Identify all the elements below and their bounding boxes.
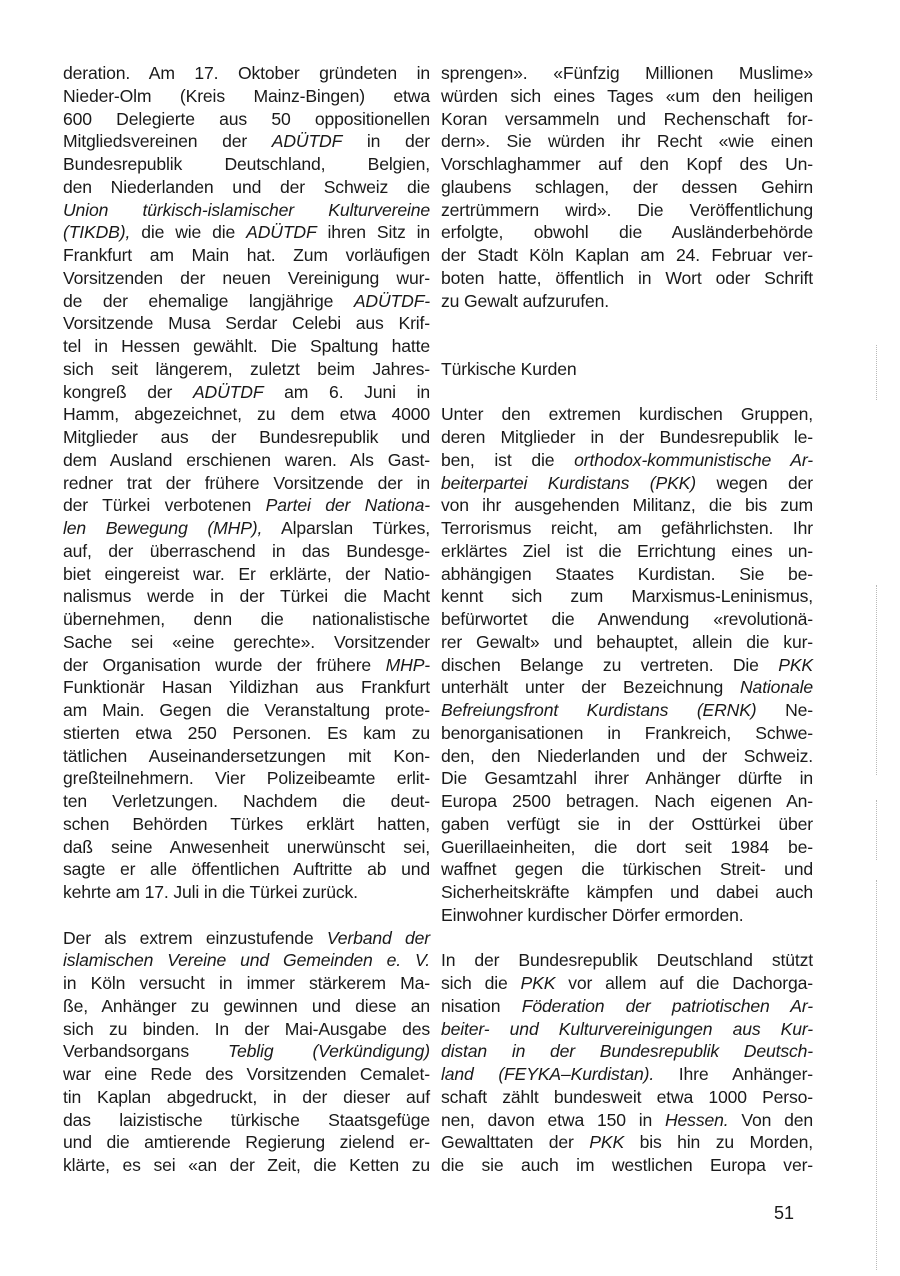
text-segment: Sache sei «eine gerechte». Vorsitzender: [63, 632, 430, 652]
paragraph-gap: [441, 381, 813, 404]
paragraph: Der als extrem einzustufende Verband der…: [63, 927, 430, 1177]
italic-text: Hessen.: [665, 1110, 729, 1130]
paragraph-gap: [441, 927, 813, 950]
text-line: nen, davon etwa 150 in Hessen. Von den: [441, 1109, 813, 1132]
text-line: klärte, es sei «an der Zeit, die Ketten …: [63, 1154, 430, 1177]
italic-text: ADÜTDF: [246, 222, 316, 242]
text-line: tin Kaplan abgedruckt, in der dieser auf: [63, 1086, 430, 1109]
text-line: kennt sich zum Marxismus-Leninismus,: [441, 585, 813, 608]
text-segment: Ne-: [757, 700, 813, 720]
italic-text: PKK: [521, 973, 556, 993]
text-segment: daß seine Anwesenheit unerwünscht sei,: [63, 837, 430, 857]
text-segment: ten Verletzungen. Nachdem die deut-: [63, 791, 430, 811]
text-line: islamischen Vereine und Gemeinden e. V.: [63, 949, 430, 972]
paragraph-gap: [63, 904, 430, 927]
text-line: rer Gewalt» und behauptet, allein die ku…: [441, 631, 813, 654]
scan-edge-artifact: [876, 585, 877, 775]
text-line: übernehmen, denn die nationalistische: [63, 608, 430, 631]
text-segment: Guerillaeinheiten, die dort seit 1984 be…: [441, 837, 813, 857]
text-segment: boten hatte, öffentlich in Wort oder Sch…: [441, 268, 813, 288]
text-segment: sich zu binden. In der Mai-Ausgabe des: [63, 1019, 430, 1039]
text-segment: Terrorismus reicht, am gefährlichsten. I…: [441, 518, 813, 538]
text-segment: nisation: [441, 996, 522, 1016]
paragraph: sprengen». «Fünfzig Millionen Muslime»wü…: [441, 62, 813, 312]
text-line: unterhält unter der Bezeichnung National…: [441, 676, 813, 699]
text-line: Der als extrem einzustufende Verband der: [63, 927, 430, 950]
italic-text: (TIKDB),: [63, 222, 130, 242]
text-segment: am 6. Juni in: [263, 382, 430, 402]
text-segment: Der als extrem einzustufende: [63, 928, 327, 948]
text-line: distan in der Bundesrepublik Deutsch-: [441, 1040, 813, 1063]
text-line: am Main. Gegen die Veranstaltung prote-: [63, 699, 430, 722]
text-segment: in Köln versucht in immer stärkerem Ma-: [63, 973, 430, 993]
text-segment: in der: [342, 131, 430, 151]
text-segment: Mitglieder aus der Bundesrepublik und: [63, 427, 430, 447]
text-segment: das laizistische türkische Staatsgefüge: [63, 1110, 430, 1130]
text-line: redner trat der frühere Vorsitzende der …: [63, 472, 430, 495]
text-line: sich die PKK vor allem auf die Dachorga-: [441, 972, 813, 995]
text-segment: biet eingereist war. Er erklärte, der Na…: [63, 564, 430, 584]
text-line: 600 Delegierte aus 50 oppositionellen: [63, 108, 430, 131]
text-segment: auf, der überraschend in das Bundesge-: [63, 541, 430, 561]
text-line: boten hatte, öffentlich in Wort oder Sch…: [441, 267, 813, 290]
text-segment: Gewalttaten der: [441, 1132, 589, 1152]
text-segment: Nieder-Olm (Kreis Mainz-Bingen) etwa: [63, 86, 430, 106]
text-line: benorganisationen in Frankreich, Schwe-: [441, 722, 813, 745]
italic-text: Föderation der patriotischen Ar-: [522, 996, 813, 1016]
section-heading: Türkische Kurden: [441, 358, 813, 381]
text-line: würden sich eines Tages «um den heiligen: [441, 85, 813, 108]
text-line: waffnet gegen die türkischen Streit- und: [441, 858, 813, 881]
text-segment: greßteilnehmern. Vier Polizeibeamte erli…: [63, 768, 430, 788]
text-line: kongreß der ADÜTDF am 6. Juni in: [63, 381, 430, 404]
text-segment: Funktionär Hasan Yildizhan aus Frankfurt: [63, 677, 430, 697]
text-segment: Frankfurt am Main hat. Zum vorläufigen: [63, 245, 430, 265]
text-line: der Türkei verbotenen Partei der Nationa…: [63, 494, 430, 517]
text-segment: gaben verfügt sie in der Osttürkei über: [441, 814, 813, 834]
text-line: Bundesrepublik Deutschland, Belgien,: [63, 153, 430, 176]
text-segment: dem Ausland erschienen waren. Als Gast-: [63, 450, 430, 470]
text-segment: stierten etwa 250 Personen. Es kam zu: [63, 723, 430, 743]
text-segment: waffnet gegen die türkischen Streit- und: [441, 859, 813, 879]
text-segment: Ihre Anhänger-: [654, 1064, 813, 1084]
text-line: deren Mitglieder in der Bundesrepublik l…: [441, 426, 813, 449]
text-segment: am Main. Gegen die Veranstaltung prote-: [63, 700, 430, 720]
text-line: war eine Rede des Vorsitzenden Cemalet-: [63, 1063, 430, 1086]
text-line: Nieder-Olm (Kreis Mainz-Bingen) etwa: [63, 85, 430, 108]
text-line: Guerillaeinheiten, die dort seit 1984 be…: [441, 836, 813, 859]
text-segment: sich seit längerem, zuletzt beim Jahres-: [63, 359, 430, 379]
text-segment: tin Kaplan abgedruckt, in der dieser auf: [63, 1087, 430, 1107]
text-segment: kehrte am 17. Juli in die Türkei zurück.: [63, 882, 358, 902]
text-line: erfolgte, obwohl die Ausländerbehörde: [441, 221, 813, 244]
text-segment: schen Behörden Türkes erklärt hatten,: [63, 814, 430, 834]
text-segment: Einwohner kurdischer Dörfer ermorden.: [441, 905, 743, 925]
text-line: de der ehemalige langjährige ADÜTDF-: [63, 290, 430, 313]
paragraph: In der Bundesrepublik Deutschland stützt…: [441, 949, 813, 1177]
text-line: deration. Am 17. Oktober gründeten in: [63, 62, 430, 85]
text-line: schaft zählt bundesweit etwa 1000 Perso-: [441, 1086, 813, 1109]
text-segment: bis hin zu Morden,: [624, 1132, 813, 1152]
text-line: befürwortet die Anwendung «revolutionä-: [441, 608, 813, 631]
text-segment: wegen der: [696, 473, 813, 493]
text-line: Befreiungsfront Kurdistans (ERNK) Ne-: [441, 699, 813, 722]
text-segment: nalismus werde in der Türkei die Macht: [63, 586, 430, 606]
text-line: die sie auch im westlichen Europa ver-: [441, 1154, 813, 1177]
text-segment: erklärtes Ziel ist die Errichtung eines …: [441, 541, 813, 561]
italic-text: Nationale: [740, 677, 813, 697]
text-line: Die Gesamtzahl ihrer Anhänger dürfte in: [441, 767, 813, 790]
italic-text: Partei der Nationa-: [266, 495, 430, 515]
text-line: dem Ausland erschienen waren. Als Gast-: [63, 449, 430, 472]
text-segment: abhängigen Staates Kurdistan. Sie be-: [441, 564, 813, 584]
text-line: der Organisation wurde der frühere MHP-: [63, 654, 430, 677]
text-segment: In der Bundesrepublik Deutschland stützt: [441, 950, 813, 970]
text-line: von ihr ausgehenden Militanz, die bis zu…: [441, 494, 813, 517]
text-line: biet eingereist war. Er erklärte, der Na…: [63, 563, 430, 586]
text-segment: dischen Belange zu vertreten. Die: [441, 655, 778, 675]
text-line: Mitgliedsvereinen der ADÜTDF in der: [63, 130, 430, 153]
text-segment: deration. Am 17. Oktober gründeten in: [63, 63, 430, 83]
text-line: zu Gewalt aufzurufen.: [441, 290, 813, 313]
text-segment: Von den: [728, 1110, 813, 1130]
text-line: ben, ist die orthodox-kommunistische Ar-: [441, 449, 813, 472]
text-segment: zu Gewalt aufzurufen.: [441, 291, 609, 311]
text-line: Funktionär Hasan Yildizhan aus Frankfurt: [63, 676, 430, 699]
italic-text: PKK: [778, 655, 813, 675]
italic-text: ADÜTDF: [272, 131, 342, 151]
text-segment: Sicherheitskräfte kämpfen und dabei auch: [441, 882, 813, 902]
text-segment: klärte, es sei «an der Zeit, die Ketten …: [63, 1155, 430, 1175]
scan-edge-artifact: [876, 345, 877, 400]
text-segment: der Stadt Köln Kaplan am 24. Februar ver…: [441, 245, 813, 265]
text-segment: schaft zählt bundesweit etwa 1000 Perso-: [441, 1087, 813, 1107]
italic-text: distan in der Bundesrepublik Deutsch-: [441, 1041, 813, 1061]
text-segment: tätlichen Auseinandersetzungen mit Kon-: [63, 746, 430, 766]
text-segment: Unter den extremen kurdischen Gruppen,: [441, 404, 813, 424]
text-line: Gewalttaten der PKK bis hin zu Morden,: [441, 1131, 813, 1154]
text-segment: Vorsitzenden der neuen Vereinigung wur-: [63, 268, 430, 288]
text-line: ten Verletzungen. Nachdem die deut-: [63, 790, 430, 813]
text-segment: Hamm, abgezeichnet, zu dem etwa 4000: [63, 404, 430, 424]
text-segment: war eine Rede des Vorsitzenden Cemalet-: [63, 1064, 430, 1084]
text-line: ße, Anhänger zu gewinnen und diese an: [63, 995, 430, 1018]
text-line: dischen Belange zu vertreten. Die PKK: [441, 654, 813, 677]
scan-edge-artifact: [876, 800, 877, 860]
text-segment: glaubens schlagen, der dessen Gehirn: [441, 177, 813, 197]
text-segment: sich die: [441, 973, 521, 993]
text-line: schen Behörden Türkes erklärt hatten,: [63, 813, 430, 836]
text-line: und die amtierende Regierung zielend er-: [63, 1131, 430, 1154]
text-segment: der Organisation wurde der frühere: [63, 655, 386, 675]
text-segment: vor allem auf die Dachorga-: [555, 973, 813, 993]
text-line: beiter- und Kulturvereinigungen aus Kur-: [441, 1018, 813, 1041]
text-line: Europa 2500 betragen. Nach eigenen An-: [441, 790, 813, 813]
text-line: Vorsitzenden der neuen Vereinigung wur-: [63, 267, 430, 290]
text-segment: rer Gewalt» und behauptet, allein die ku…: [441, 632, 813, 652]
text-line: in Köln versucht in immer stärkerem Ma-: [63, 972, 430, 995]
left-column: deration. Am 17. Oktober gründeten inNie…: [63, 62, 430, 1177]
text-segment: kennt sich zum Marxismus-Leninismus,: [441, 586, 813, 606]
italic-text: islamischen Vereine und Gemeinden e. V.: [63, 950, 430, 970]
text-line: das laizistische türkische Staatsgefüge: [63, 1109, 430, 1132]
italic-text: len Bewegung (MHP),: [63, 518, 262, 538]
italic-text: MHP-: [386, 655, 430, 675]
text-segment: befürwortet die Anwendung «revolutionä-: [441, 609, 813, 629]
text-segment: Verbandsorgans: [63, 1041, 228, 1061]
text-line: glaubens schlagen, der dessen Gehirn: [441, 176, 813, 199]
text-line: Vorschlaghammer auf den Kopf des Un-: [441, 153, 813, 176]
text-line: Frankfurt am Main hat. Zum vorläufigen: [63, 244, 430, 267]
text-line: tätlichen Auseinandersetzungen mit Kon-: [63, 745, 430, 768]
text-segment: zertrümmern wird». Die Veröffentlichung: [441, 200, 813, 220]
paragraph-gap: [441, 312, 813, 358]
text-segment: benorganisationen in Frankreich, Schwe-: [441, 723, 813, 743]
text-line: abhängigen Staates Kurdistan. Sie be-: [441, 563, 813, 586]
text-line: daß seine Anwesenheit unerwünscht sei,: [63, 836, 430, 859]
text-segment: kongreß der: [63, 382, 193, 402]
text-segment: redner trat der frühere Vorsitzende der …: [63, 473, 430, 493]
text-segment: Die Gesamtzahl ihrer Anhänger dürfte in: [441, 768, 813, 788]
text-segment: nen, davon etwa 150 in: [441, 1110, 665, 1130]
text-segment: ihren Sitz in: [317, 222, 430, 242]
text-line: greßteilnehmern. Vier Polizeibeamte erli…: [63, 767, 430, 790]
text-line: den Niederlanden und der Schweiz die: [63, 176, 430, 199]
text-segment: der Türkei verbotenen: [63, 495, 266, 515]
text-segment: Vorsitzende Musa Serdar Celebi aus Krif-: [63, 313, 430, 333]
text-line: sich seit längerem, zuletzt beim Jahres-: [63, 358, 430, 381]
italic-text: Befreiungsfront Kurdistans (ERNK): [441, 700, 757, 720]
text-line: (TIKDB), die wie die ADÜTDF ihren Sitz i…: [63, 221, 430, 244]
italic-text: PKK: [589, 1132, 624, 1152]
italic-text: ADÜTDF: [193, 382, 263, 402]
text-line: kehrte am 17. Juli in die Türkei zurück.: [63, 881, 430, 904]
text-segment: sprengen». «Fünfzig Millionen Muslime»: [441, 63, 813, 83]
text-line: Einwohner kurdischer Dörfer ermorden.: [441, 904, 813, 927]
text-segment: de der ehemalige langjährige: [63, 291, 354, 311]
italic-text: ADÜTDF-: [354, 291, 430, 311]
text-segment: die wie die: [130, 222, 246, 242]
italic-text: Union türkisch-islamischer Kulturvereine: [63, 200, 430, 220]
text-line: Sicherheitskräfte kämpfen und dabei auch: [441, 881, 813, 904]
text-segment: Koran versammeln und Rechenschaft for-: [441, 109, 813, 129]
text-line: Terrorismus reicht, am gefährlichsten. I…: [441, 517, 813, 540]
text-segment: Europa 2500 betragen. Nach eigenen An-: [441, 791, 813, 811]
scan-edge-artifact: [876, 880, 877, 1270]
text-line: Koran versammeln und Rechenschaft for-: [441, 108, 813, 131]
text-line: sprengen». «Fünfzig Millionen Muslime»: [441, 62, 813, 85]
text-segment: tel in Hessen gewählt. Die Spaltung hatt…: [63, 336, 430, 356]
text-segment: Vorschlaghammer auf den Kopf des Un-: [441, 154, 813, 174]
paragraph: Unter den extremen kurdischen Gruppen,de…: [441, 403, 813, 926]
text-line: nalismus werde in der Türkei die Macht: [63, 585, 430, 608]
italic-text: land (FEYKA–Kurdistan).: [441, 1064, 654, 1084]
text-line: Sache sei «eine gerechte». Vorsitzender: [63, 631, 430, 654]
text-segment: und die amtierende Regierung zielend er-: [63, 1132, 430, 1152]
text-line: Mitglieder aus der Bundesrepublik und: [63, 426, 430, 449]
text-line: erklärtes Ziel ist die Errichtung eines …: [441, 540, 813, 563]
text-line: sich zu binden. In der Mai-Ausgabe des: [63, 1018, 430, 1041]
text-line: len Bewegung (MHP), Alparslan Türkes,: [63, 517, 430, 540]
text-line: Verbandsorgans Teblig (Verkündigung): [63, 1040, 430, 1063]
italic-text: Verband der: [327, 928, 430, 948]
text-line: sagte er alle öffentlichen Auftritte ab …: [63, 858, 430, 881]
text-segment: die sie auch im westlichen Europa ver-: [441, 1155, 813, 1175]
right-column: sprengen». «Fünfzig Millionen Muslime»wü…: [441, 62, 813, 1177]
text-line: Unter den extremen kurdischen Gruppen,: [441, 403, 813, 426]
text-segment: Bundesrepublik Deutschland, Belgien,: [63, 154, 430, 174]
text-line: zertrümmern wird». Die Veröffentlichung: [441, 199, 813, 222]
text-segment: sagte er alle öffentlichen Auftritte ab …: [63, 859, 430, 879]
text-line: Hamm, abgezeichnet, zu dem etwa 4000: [63, 403, 430, 426]
text-line: gaben verfügt sie in der Osttürkei über: [441, 813, 813, 836]
text-segment: übernehmen, denn die nationalistische: [63, 609, 430, 629]
text-segment: würden sich eines Tages «um den heiligen: [441, 86, 813, 106]
page-number: 51: [774, 1203, 794, 1224]
italic-text: beiterpartei Kurdistans (PKK): [441, 473, 696, 493]
text-segment: Mitgliedsvereinen der: [63, 131, 272, 151]
text-segment: ben, ist die: [441, 450, 574, 470]
italic-text: Teblig (Verkündigung): [228, 1041, 430, 1061]
text-segment: den, den Niederlanden und der Schweiz.: [441, 746, 813, 766]
text-line: land (FEYKA–Kurdistan). Ihre Anhänger-: [441, 1063, 813, 1086]
text-line: tel in Hessen gewählt. Die Spaltung hatt…: [63, 335, 430, 358]
text-line: auf, der überraschend in das Bundesge-: [63, 540, 430, 563]
text-line: den, den Niederlanden und der Schweiz.: [441, 745, 813, 768]
text-line: dern». Sie würden ihr Recht «wie einen: [441, 130, 813, 153]
text-line: Union türkisch-islamischer Kulturvereine: [63, 199, 430, 222]
text-segment: erfolgte, obwohl die Ausländerbehörde: [441, 222, 813, 242]
text-line: beiterpartei Kurdistans (PKK) wegen der: [441, 472, 813, 495]
text-segment: Alparslan Türkes,: [262, 518, 430, 538]
text-segment: unterhält unter der Bezeichnung: [441, 677, 740, 697]
text-segment: deren Mitglieder in der Bundesrepublik l…: [441, 427, 813, 447]
text-segment: 600 Delegierte aus 50 oppositionellen: [63, 109, 430, 129]
text-segment: ße, Anhänger zu gewinnen und diese an: [63, 996, 430, 1016]
text-line: In der Bundesrepublik Deutschland stützt: [441, 949, 813, 972]
italic-text: beiter- und Kulturvereinigungen aus Kur-: [441, 1019, 813, 1039]
italic-text: orthodox-kommunistische Ar-: [574, 450, 813, 470]
text-segment: den Niederlanden und der Schweiz die: [63, 177, 430, 197]
document-page: deration. Am 17. Oktober gründeten inNie…: [0, 0, 900, 1276]
paragraph: deration. Am 17. Oktober gründeten inNie…: [63, 62, 430, 904]
text-line: der Stadt Köln Kaplan am 24. Februar ver…: [441, 244, 813, 267]
text-segment: dern». Sie würden ihr Recht «wie einen: [441, 131, 813, 151]
text-segment: von ihr ausgehenden Militanz, die bis zu…: [441, 495, 813, 515]
text-line: nisation Föderation der patriotischen Ar…: [441, 995, 813, 1018]
text-line: stierten etwa 250 Personen. Es kam zu: [63, 722, 430, 745]
text-line: Vorsitzende Musa Serdar Celebi aus Krif-: [63, 312, 430, 335]
